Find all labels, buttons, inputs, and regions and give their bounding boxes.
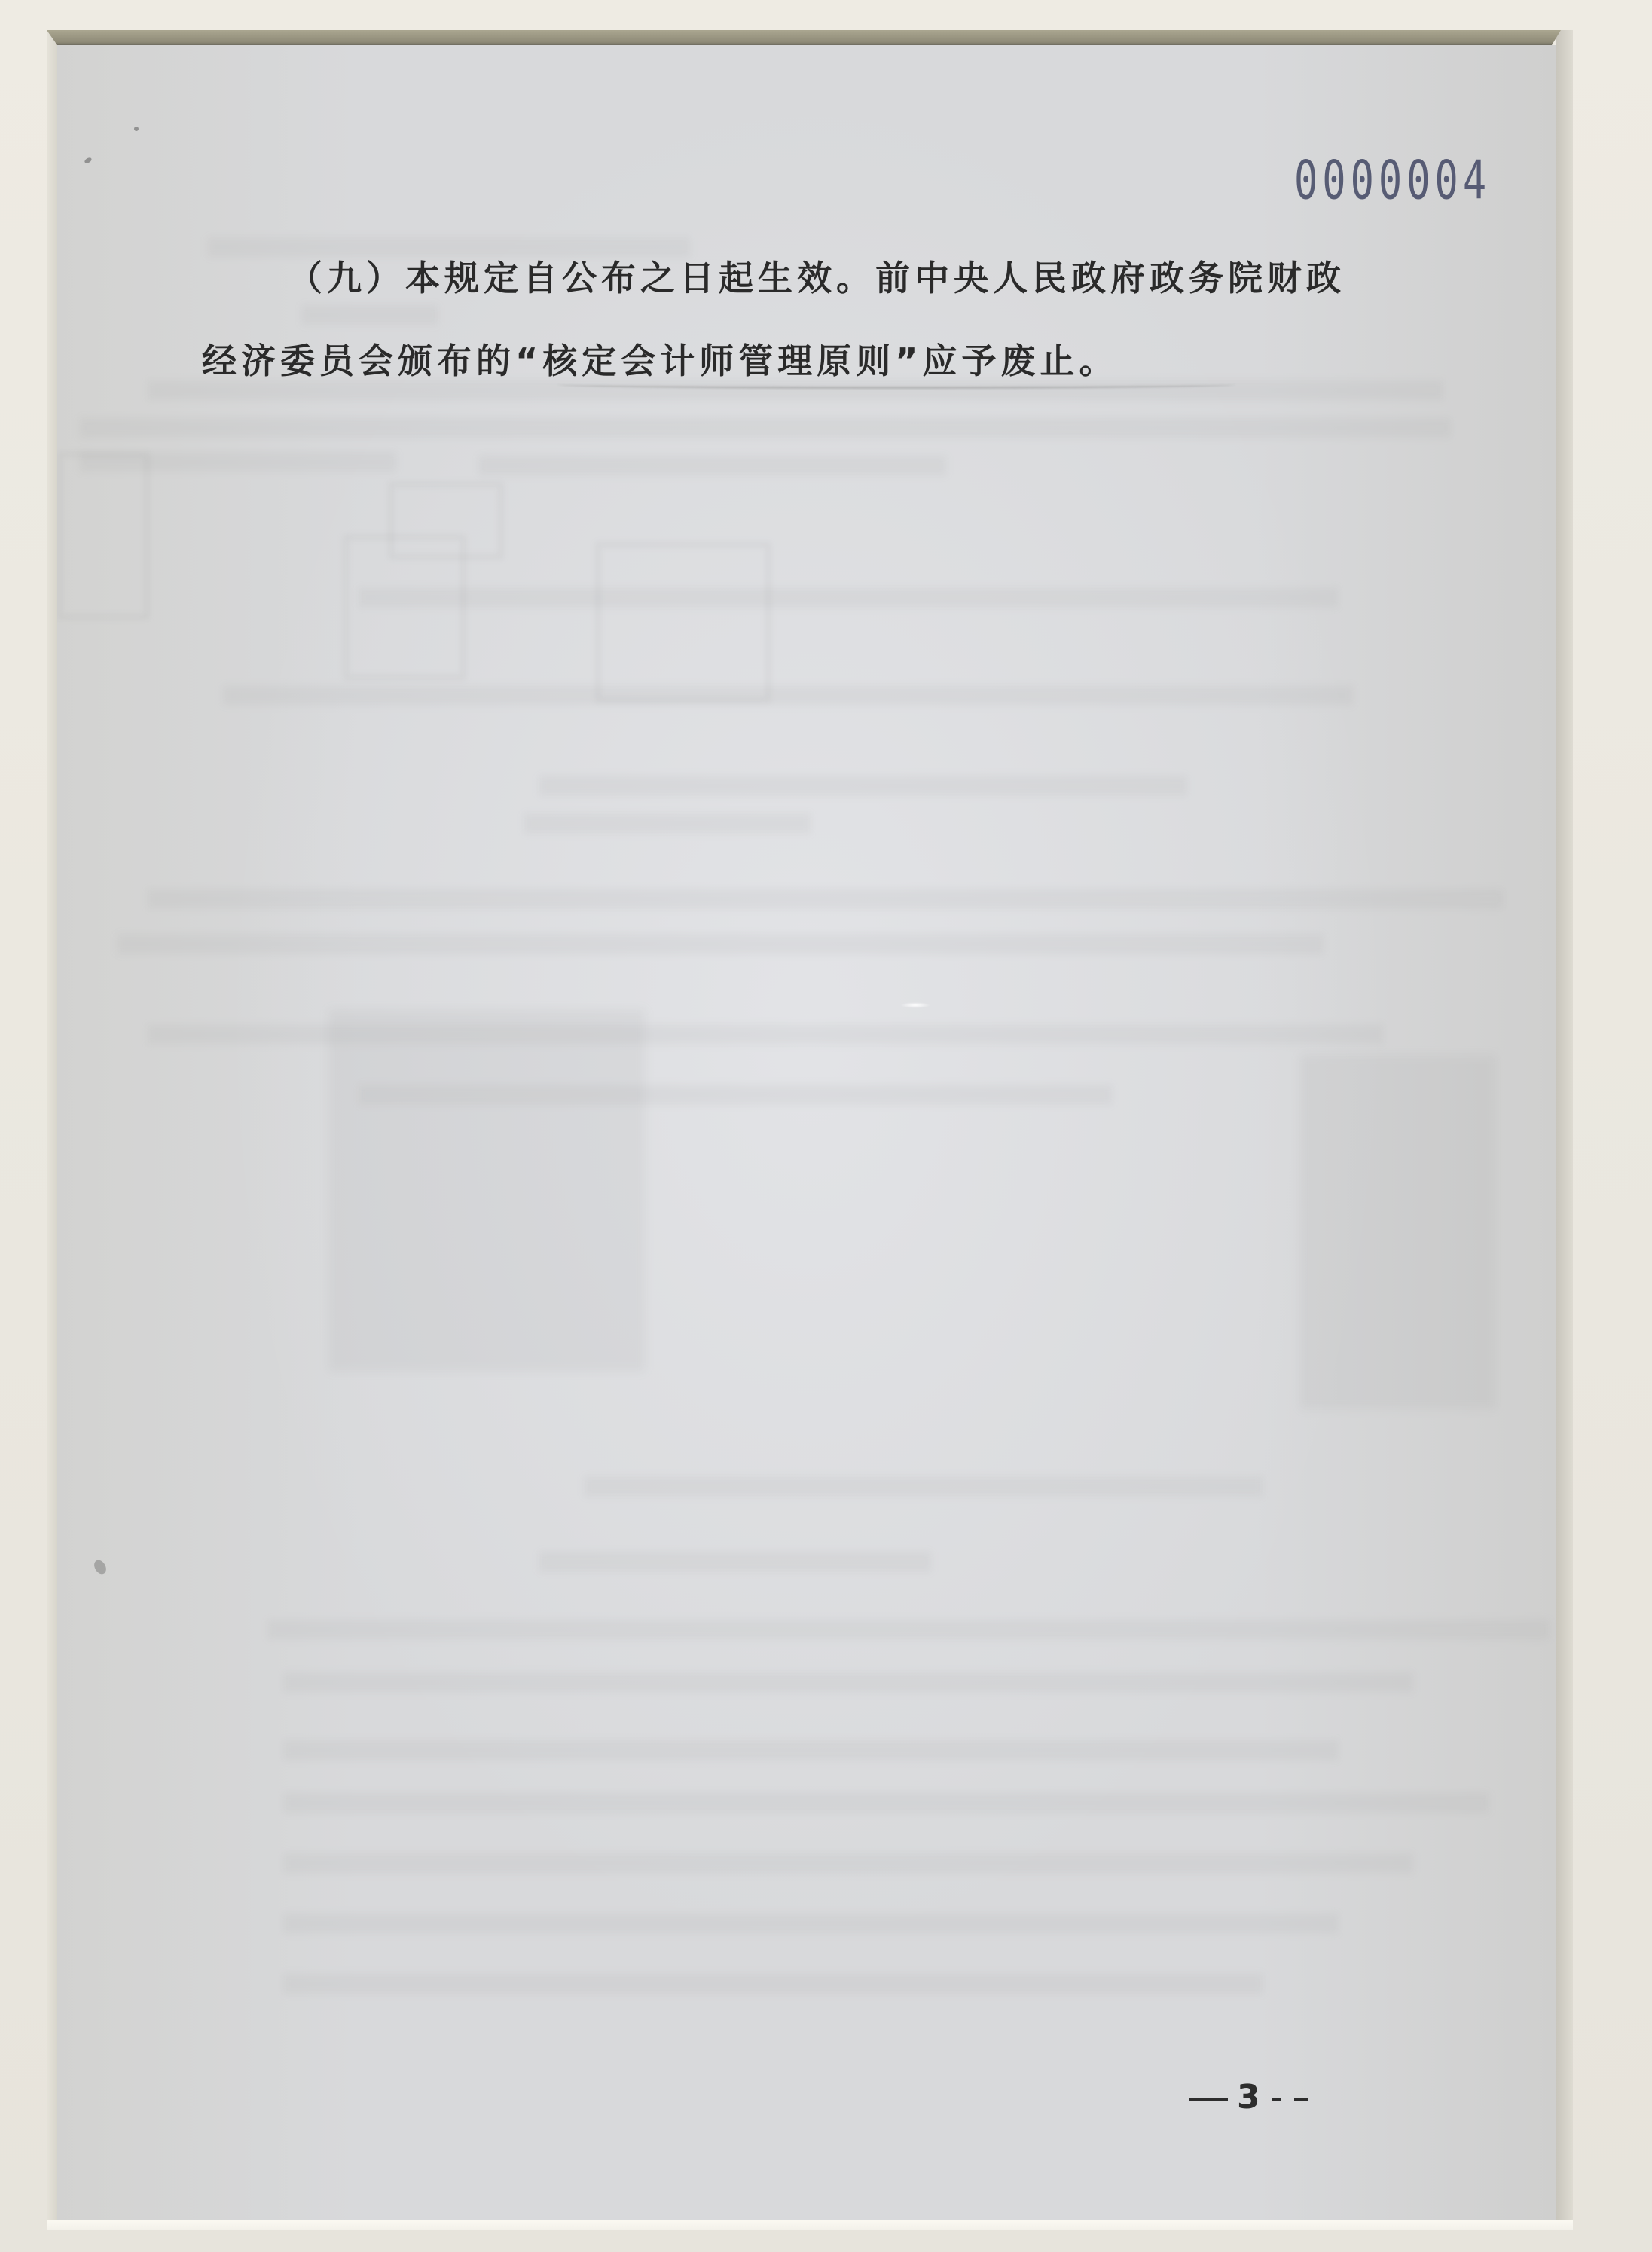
page-number-value: 3 — [1237, 2078, 1263, 2116]
bleed-through-line — [80, 418, 1451, 438]
page-number: 3 — [1189, 2078, 1308, 2116]
serial-number-stamp: 0000004 — [1294, 151, 1491, 212]
bleed-through-line — [223, 686, 1353, 705]
page-number-dash-left — [1189, 2098, 1228, 2101]
bleed-through-line — [148, 889, 1504, 909]
bleed-through-line — [302, 305, 438, 325]
ink-speck — [92, 1558, 108, 1576]
bleed-through-block — [1300, 1055, 1496, 1409]
bleed-through-line — [283, 1853, 1413, 1873]
bleed-through-line — [539, 1552, 931, 1572]
bleed-through-box — [596, 542, 771, 702]
ink-speck — [133, 126, 139, 132]
frame-bevel-top — [47, 30, 1561, 45]
bleed-through-box — [57, 452, 149, 619]
bleed-through-line — [283, 1793, 1489, 1813]
frame-bevel-left — [47, 30, 57, 2223]
bleed-through-line — [268, 1620, 1549, 1639]
bleed-through-block — [328, 1010, 645, 1371]
ink-speck — [84, 157, 93, 164]
bleed-through-line — [524, 814, 811, 833]
frame-bevel-right — [1556, 30, 1573, 2226]
bleed-through-line — [585, 1477, 1263, 1496]
paragraph-line-2: 经济委员会颁布的“核定会计师管理原则”应予废止。 — [202, 334, 1118, 383]
bleed-through-line — [118, 934, 1323, 954]
bleed-through-line — [359, 588, 1338, 607]
frame-bevel-bottom — [47, 2220, 1573, 2230]
bleed-through-line — [539, 776, 1187, 796]
paragraph-line-1: （九）本规定自公布之日起生效。前中央人民政府政务院财政 — [288, 251, 1345, 301]
bleed-through-line — [283, 1740, 1338, 1760]
bleed-through-line — [283, 1914, 1338, 1933]
bleed-through-box — [344, 535, 466, 680]
bleed-through-line — [283, 1974, 1263, 1994]
pencil-underline-mark — [557, 380, 1235, 389]
bleed-through-line — [479, 456, 946, 475]
page-number-dash-right — [1272, 2098, 1308, 2101]
bleed-through-line — [283, 1673, 1413, 1692]
glass-glare — [900, 1002, 930, 1008]
